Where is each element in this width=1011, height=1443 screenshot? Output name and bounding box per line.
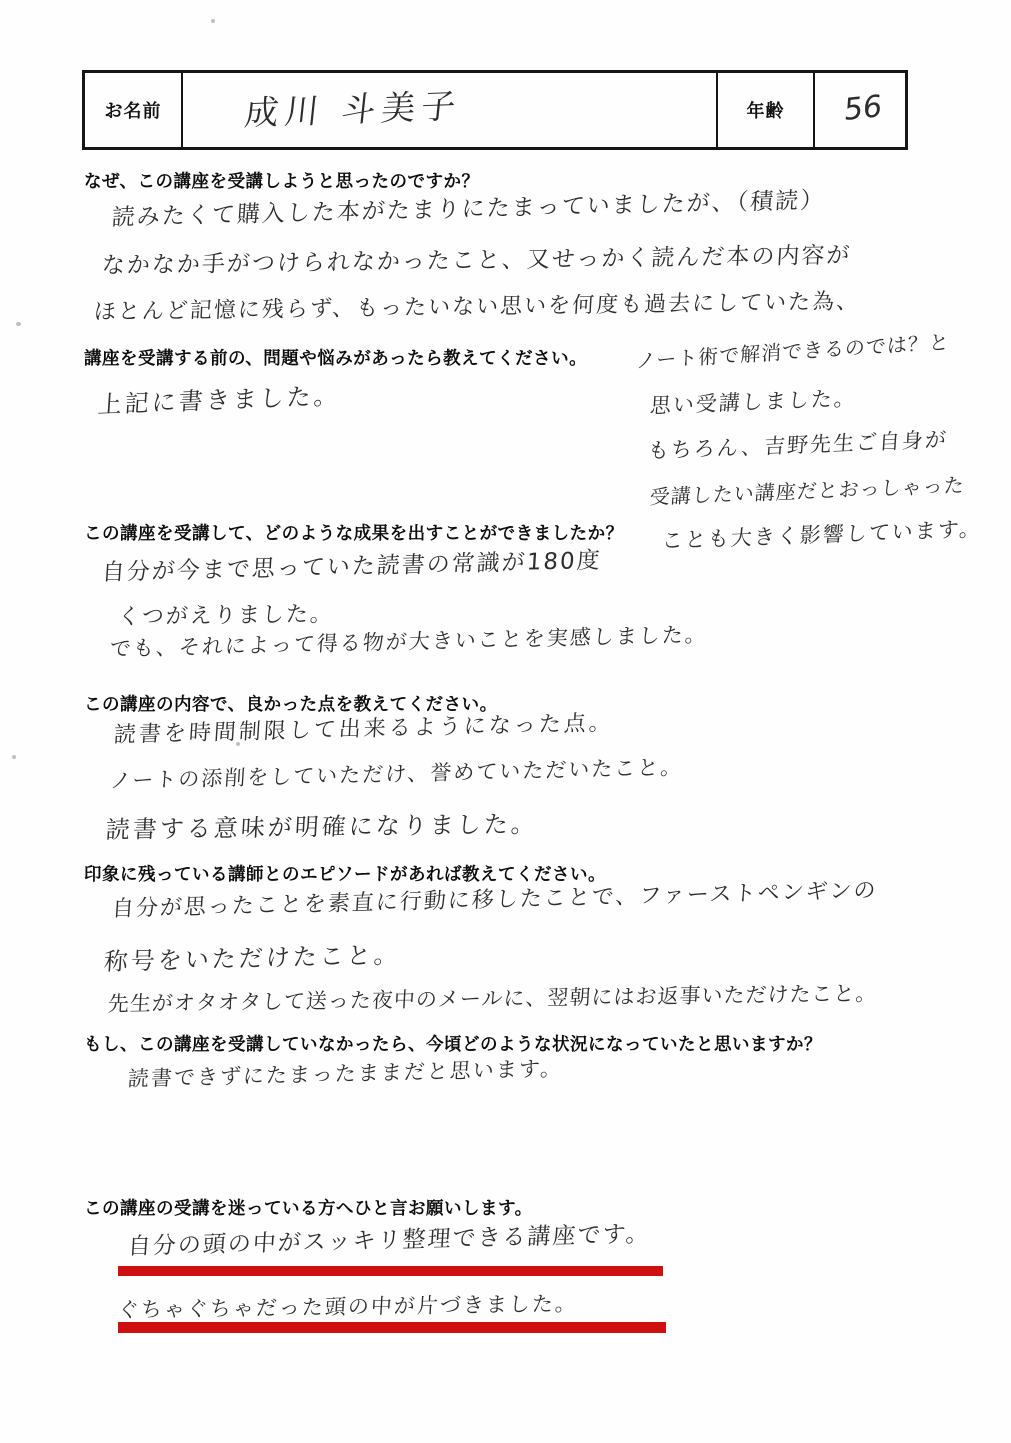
name-age-table: お名前 成川 斗美子 年齢 56 [82,70,908,150]
q3-answer-line-2: くつがえりました。 [117,597,335,631]
q2-side-note-line-3: もちろん、吉野先生ご自身が [647,423,949,465]
q4-answer-line-3: 読書する意味が明確になりました。 [105,804,539,845]
q2-side-note-line-4: 受講したい講座だとおっしゃった [649,469,966,510]
q2-side-note-line-5: ことも大きく影響しています。 [661,513,983,555]
q1-answer-line-3: ほとんど記憶に残らず、もったいない思いを何度も過去にしていた為、 [93,284,861,326]
q7-answer-line-2: ぐちゃぐちゃだった頭の中が片づきました。 [117,1288,579,1324]
name-field: 成川 斗美子 [183,73,718,147]
scan-speck [12,755,16,759]
question-2-label: 講座を受講する前の、問題や悩みがあったら教えてください。 [84,345,587,370]
question-3-label: この講座を受講して、どのような成果を出すことができましたか？ [84,520,624,545]
q2-answer-line-1: 上記に書きました。 [97,376,342,420]
q7-answer-line-1: 自分の頭の中がスッキリ整理できる講座です。 [127,1215,652,1261]
scan-speck [211,19,215,23]
red-underline-1 [118,1266,663,1276]
q5-answer-line-2: 称号をいただけたこと。 [103,935,402,977]
age-field: 56 [815,73,911,147]
question-7-label: この講座の受講を迷っている方へひと言お願いします。 [84,1195,533,1220]
q4-answer-line-2: ノートの添削をしていただけ、誉めていただいたこと。 [109,751,684,795]
age-label: 年齢 [718,73,815,147]
scanned-questionnaire-page: お名前 成川 斗美子 年齢 56 なぜ、この講座を受講しようと思ったのですか？ … [0,0,1011,1443]
q2-side-note-line-2: 思い受講しました。 [649,382,858,420]
q1-answer-line-2: なかなか手がつけられなかったこと、又せっかく読んだ本の内容が [101,237,852,280]
q3-answer-line-1: 自分が今まで思っていた読書の常識が180度 [101,542,603,587]
scan-speck [16,322,21,326]
question-1-label: なぜ、この講座を受講しようと思ったのですか？ [84,168,479,193]
red-underline-2 [118,1322,666,1333]
question-6-label: もし、この講座を受講していなかったら、今頃どのような状況になっていたと思いますか… [84,1031,822,1056]
q2-side-note-line-1: ノート術で解消できるのでは？と [636,326,951,374]
name-label: お名前 [85,73,183,147]
q6-answer-line-1: 読書できずにたまったままだと思います。 [127,1052,564,1093]
name-value-handwritten: 成川 斗美子 [242,78,464,135]
age-value-handwritten: 56 [843,88,883,127]
q5-answer-line-3: 先生がオタオタして送った夜中のメールに、翌朝にはお返事いただけたこと。 [107,977,878,1018]
